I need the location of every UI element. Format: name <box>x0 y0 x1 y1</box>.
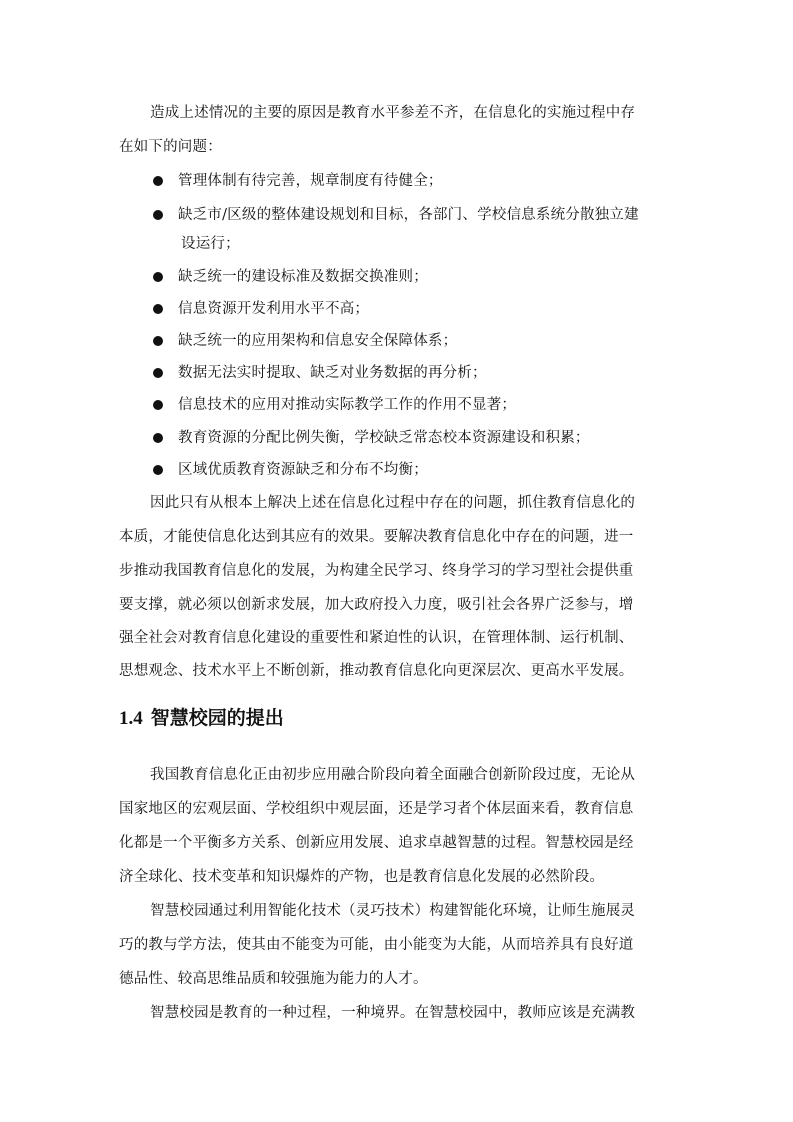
list-item-text: 教育资源的分配比例失衡，学校缺乏常态校本资源建设和积累； <box>178 428 590 448</box>
bullet-icon <box>153 400 163 410</box>
bullet-icon <box>153 304 163 314</box>
section-heading: 1.4智慧校园的提出 <box>119 705 284 732</box>
list-item-text: 区域优质教育资源缺乏和分布不均衡； <box>178 460 428 480</box>
section-number: 1.4 <box>119 708 143 729</box>
text-line: 化都是一个平衡多方关系、创新应用发展、追求卓越智慧的过程。智慧校园是经 <box>119 833 675 853</box>
bullet-icon <box>153 336 163 346</box>
bullet-icon <box>153 210 163 220</box>
document-page: 造成上述情况的主要的原因是教育水平参差不齐，在信息化的实施过程中存 在如下的问题… <box>0 0 793 1122</box>
list-item-text: 管理体制有待完善，规章制度有待健全； <box>178 171 443 191</box>
text-line: 本质，才能使信息化达到其应有的效果。要解决教育信息化中存在的问题，进一 <box>119 527 675 547</box>
text-line: 济全球化、技术变革和知识爆炸的产物，也是教育信息化发展的必然阶段。 <box>119 867 675 887</box>
text-line: 因此只有从根本上解决上述在信息化过程中存在的问题，抓住教育信息化的 <box>150 493 706 513</box>
text-line: 步推动我国教育信息化的发展，为构建全民学习、终身学习的学习型社会提供重 <box>119 561 675 581</box>
list-item-text: 信息资源开发利用水平不高； <box>178 299 369 319</box>
list-item-text: 缺乏统一的建设标准及数据交换准则； <box>178 267 428 287</box>
bullet-icon <box>153 176 163 186</box>
bullet-icon <box>153 368 163 378</box>
text-line: 智慧校园是教育的一种过程，一种境界。在智慧校园中，教师应该是充满教 <box>150 1003 706 1023</box>
bullet-icon <box>153 465 163 475</box>
text-line: 思想观念、技术水平上不断创新，推动教育信息化向更深层次、更高水平发展。 <box>119 661 675 681</box>
text-line: 要支撑，就必须以创新求发展，加大政府投入力度，吸引社会各界广泛参与，增 <box>119 595 675 615</box>
list-item-text: 信息技术的应用对推动实际教学工作的作用不显著； <box>178 395 516 415</box>
text-line: 巧的教与学方法，使其由不能变为可能，由小能变为大能，从而培养具有良好道 <box>119 935 675 955</box>
text-line: 造成上述情况的主要的原因是教育水平参差不齐，在信息化的实施过程中存 <box>150 103 706 123</box>
list-item-text: 数据无法实时提取、缺乏对业务数据的再分析； <box>178 363 487 383</box>
text-line: 我国教育信息化正由初步应用融合阶段向着全面融合创新阶段过度，无论从 <box>150 765 706 785</box>
text-line: 国家地区的宏观层面、学校组织中观层面，还是学习者个体层面来看，教育信息 <box>119 799 675 819</box>
section-title: 智慧校园的提出 <box>151 707 284 729</box>
text-line: 德品性、较高思维品质和较强施为能力的人才。 <box>119 969 675 989</box>
list-item-text: 设运行； <box>181 234 240 254</box>
text-line: 强全社会对教育信息化建设的重要性和紧迫性的认识，在管理体制、运行机制、 <box>119 628 675 648</box>
text-line: 在如下的问题： <box>119 137 675 157</box>
bullet-icon <box>153 272 163 282</box>
bullet-icon <box>153 433 163 443</box>
list-item-text: 缺乏统一的应用架构和信息安全保障体系； <box>178 331 457 351</box>
text-line: 智慧校园通过利用智能化技术（灵巧技术）构建智能化环境，让师生施展灵 <box>150 901 706 921</box>
list-item-text: 缺乏市/区级的整体建设规划和目标，各部门、学校信息系统分散独立建 <box>178 205 639 225</box>
